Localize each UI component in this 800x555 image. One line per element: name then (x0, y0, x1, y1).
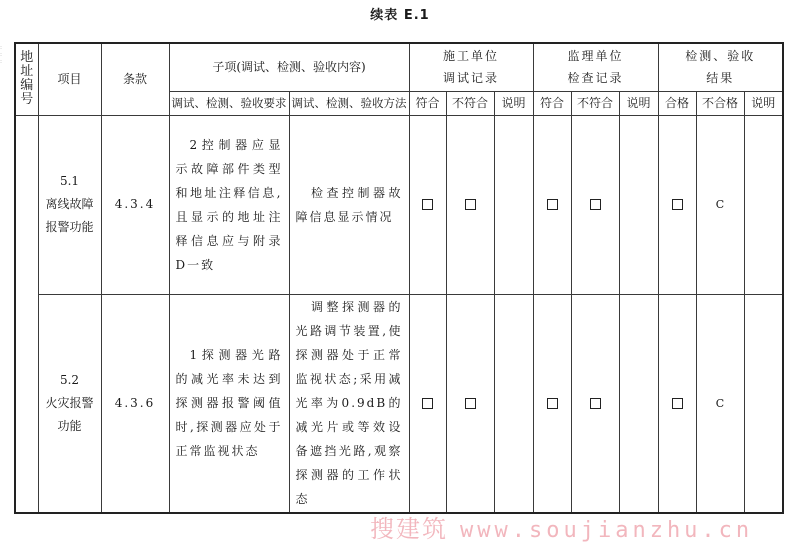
construction-note-cell[interactable] (494, 294, 533, 513)
header-requirement: 调试、检测、验收要求 (169, 91, 289, 115)
header-result-pass: 合格 (658, 91, 696, 115)
table-row: 5.1 离线故障报警功能 4.3.4 2控制器应显示故障部件类型和地址注释信息,… (15, 115, 783, 294)
header-address-no: 地址编号 (15, 43, 38, 115)
supervision-note-cell[interactable] (619, 115, 658, 294)
item-cell: 5.1 离线故障报警功能 (38, 115, 101, 294)
header-result-group: 检测、验收结果 (658, 43, 783, 91)
header-supervision-nonconform: 不符合 (571, 91, 619, 115)
supervision-nonconform-checkbox[interactable] (571, 115, 619, 294)
header-construction-note: 说明 (494, 91, 533, 115)
construction-conform-checkbox[interactable] (409, 294, 446, 513)
watermark-brand: 搜建筑 (370, 515, 448, 543)
clause-cell: 4.3.6 (101, 294, 169, 513)
supervision-nonconform-checkbox[interactable] (571, 294, 619, 513)
header-construction-group: 施工单位调试记录 (409, 43, 533, 91)
header-supervision-conform: 符合 (533, 91, 571, 115)
supervision-conform-checkbox[interactable] (533, 115, 571, 294)
header-clause: 条款 (101, 43, 169, 115)
header-construction-conform: 符合 (409, 91, 446, 115)
table-title: 续表 E.1 (0, 4, 800, 23)
result-note-cell[interactable] (744, 115, 783, 294)
result-note-cell[interactable] (744, 294, 783, 513)
result-fail-mark[interactable]: C (696, 294, 744, 513)
margin-mark: ::: (0, 44, 6, 65)
header-result-fail: 不合格 (696, 91, 744, 115)
header-item: 项目 (38, 43, 101, 115)
table-row: 5.2 火灾报警功能 4.3.6 1探测器光路的减光率未达到探测器报警阈值时,探… (15, 294, 783, 513)
header-result-note: 说明 (744, 91, 783, 115)
method-cell: 检查控制器故障信息显示情况 (289, 115, 409, 294)
construction-nonconform-checkbox[interactable] (446, 115, 494, 294)
construction-nonconform-checkbox[interactable] (446, 294, 494, 513)
watermark: 搜建筑www.soujianzhu.cn (370, 509, 753, 544)
result-pass-checkbox[interactable] (658, 294, 696, 513)
header-supervision-note: 说明 (619, 91, 658, 115)
watermark-url: www.soujianzhu.cn (460, 518, 753, 543)
requirement-cell: 1探测器光路的减光率未达到探测器报警阈值时,探测器应处于正常监视状态 (169, 294, 289, 513)
method-cell: 调整探测器的光路调节装置,使探测器处于正常监视状态;采用减光率为0.9dB的减光… (289, 294, 409, 513)
clause-cell: 4.3.4 (101, 115, 169, 294)
header-method: 调试、检测、验收方法 (289, 91, 409, 115)
construction-note-cell[interactable] (494, 115, 533, 294)
requirement-cell: 2控制器应显示故障部件类型和地址注释信息,且显示的地址注释信息应与附录D一致 (169, 115, 289, 294)
item-cell: 5.2 火灾报警功能 (38, 294, 101, 513)
supervision-note-cell[interactable] (619, 294, 658, 513)
address-no-cell (15, 115, 38, 513)
supervision-conform-checkbox[interactable] (533, 294, 571, 513)
header-supervision-group: 监理单位检查记录 (533, 43, 658, 91)
inspection-record-table: 地址编号 项目 条款 子项(调试、检测、验收内容) 施工单位调试记录 监理单位检… (14, 42, 784, 514)
result-fail-mark[interactable]: C (696, 115, 744, 294)
construction-conform-checkbox[interactable] (409, 115, 446, 294)
result-pass-checkbox[interactable] (658, 115, 696, 294)
header-sub-item: 子项(调试、检测、验收内容) (169, 43, 409, 91)
header-construction-nonconform: 不符合 (446, 91, 494, 115)
